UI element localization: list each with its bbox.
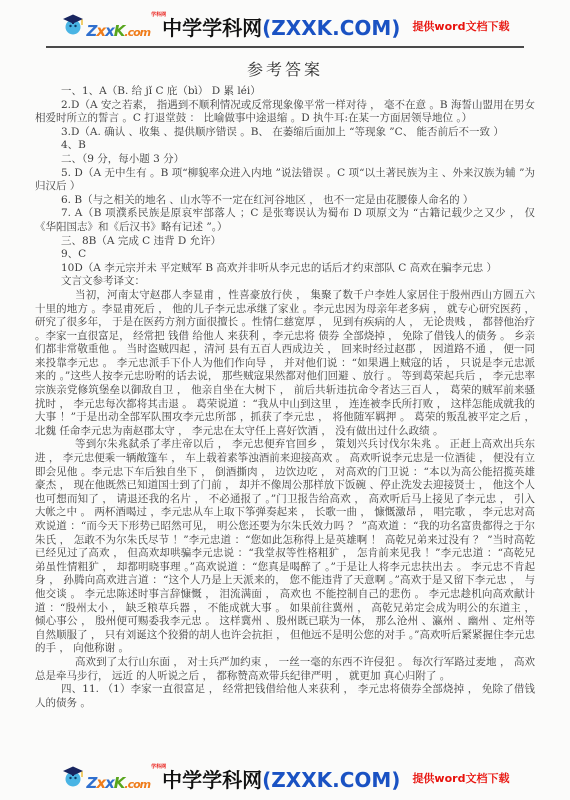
header-tagline: 提供word文档下载: [412, 18, 509, 34]
answer-line: 一、1、A（B. 给 jǐ C 庇（bì） D 累 léi）: [35, 85, 535, 99]
logo-letter-x1: x: [96, 22, 105, 40]
zxxk-logo: ZxxK.com学科网: [61, 764, 151, 792]
footer-tagline: 提供word文档下载: [412, 770, 509, 786]
translation-paragraph: 高欢到了太行山东面 ， 对士兵严加约束 ， 一丝一毫的东西不许侵犯 。 每次行军…: [35, 656, 535, 683]
site-name-cn: 中学学科网: [162, 16, 262, 40]
page-title: 参考答案: [0, 57, 570, 80]
logo-letter-z: Z: [87, 22, 97, 40]
logo-badge: 学科网: [151, 760, 166, 775]
answers-section: 一、1、A（B. 给 jǐ C 庇（bì） D 累 léi） 2.D（A 安之若…: [35, 85, 535, 710]
graduate-mascot-icon: [61, 764, 85, 792]
translation-paragraph: 等到尔朱兆弑杀了孝庄帝以后 ， 李元忠便弃官回乡 ， 策划兴兵讨伐尔朱兆 。 正…: [35, 438, 535, 656]
site-name-cn: 中学学科网: [162, 768, 262, 792]
site-name: 中学学科网(ZXXK.COM): [162, 764, 400, 793]
answer-line: 二、（9 分，每小题 3 分）: [35, 153, 535, 167]
header-divider: [46, 46, 524, 48]
logo-badge: 学科网: [151, 8, 166, 23]
logo-letter-k: K: [114, 774, 125, 792]
logo-letter-z: Z: [87, 774, 97, 792]
translation-paragraph: 当初，河南太守赵郡人李显甫 ，性喜豪放行侠 ， 集聚了数千户李姓人家居住于殷州西…: [35, 289, 535, 439]
footer: ZxxK.com学科网 中学学科网(ZXXK.COM) 提供word文档下载: [0, 762, 570, 794]
logo-letter-x2: x: [105, 774, 114, 792]
site-name: 中学学科网(ZXXK.COM): [162, 12, 400, 41]
logo-letter-k: K: [114, 22, 125, 40]
zxxk-logo: ZxxK.com学科网: [61, 12, 151, 40]
answer-line: 9、C: [35, 248, 535, 262]
translation-label: 文言文参考译文：: [35, 275, 535, 289]
answer-line: 10D（A 李元宗并未 平定贼军 B 高欢并非听从李元忠的话后才约束部队 C 高…: [35, 262, 535, 276]
answer-line: 3.D（A. 确认 、收集 、提供顺序错误 。B、 在萎缩后面加上 “等现象 ”…: [35, 126, 535, 140]
logo-wordmark: ZxxK.com学科网: [87, 776, 151, 792]
answer-line: 4、B: [35, 139, 535, 153]
answer-line: 三、8B（A 完成 C 违背 D 允许）: [35, 235, 535, 249]
site-name-en: (ZXXK.COM): [262, 768, 400, 792]
logo-letter-x2: x: [105, 22, 114, 40]
logo-dot-com: .com: [124, 778, 150, 791]
logo-letter-x1: x: [96, 774, 105, 792]
closing-line: 四、11. （1）李家一直很富足 ， 经常把钱借给他人来获利 ， 李元忠将债券全…: [35, 683, 535, 710]
answer-line: 6. B（与之相关的地名 、山水等不一定在红河谷地区 ， 也不一定是由花腰傣人命…: [35, 194, 535, 208]
graduate-mascot-icon: [61, 12, 85, 40]
logo-dot-com: .com: [124, 26, 150, 39]
footer-brandbar: ZxxK.com学科网 中学学科网(ZXXK.COM) 提供word文档下载: [0, 762, 570, 794]
answer-line: 5. D（A 无中生有 。B 项“柳貌率众进入内地 ”说法错误 。C 项“以土著…: [35, 167, 535, 194]
logo-wordmark: ZxxK.com学科网: [87, 24, 151, 40]
answer-line: 2.D（A 安之若素， 指遇到不顺利情况或反常现象像平常一样对待 ， 毫不在意 …: [35, 99, 535, 126]
header-brandbar: ZxxK.com学科网 中学学科网(ZXXK.COM) 提供word文档下载: [0, 0, 570, 42]
document-page: ZxxK.com学科网 中学学科网(ZXXK.COM) 提供word文档下载 参…: [0, 0, 570, 800]
answer-line: 7. A（B 项濮系民族是原哀牢部落人 ；C 是张骞误认为蜀布 D 项原文为 “…: [35, 207, 535, 234]
site-name-en: (ZXXK.COM): [262, 16, 400, 40]
